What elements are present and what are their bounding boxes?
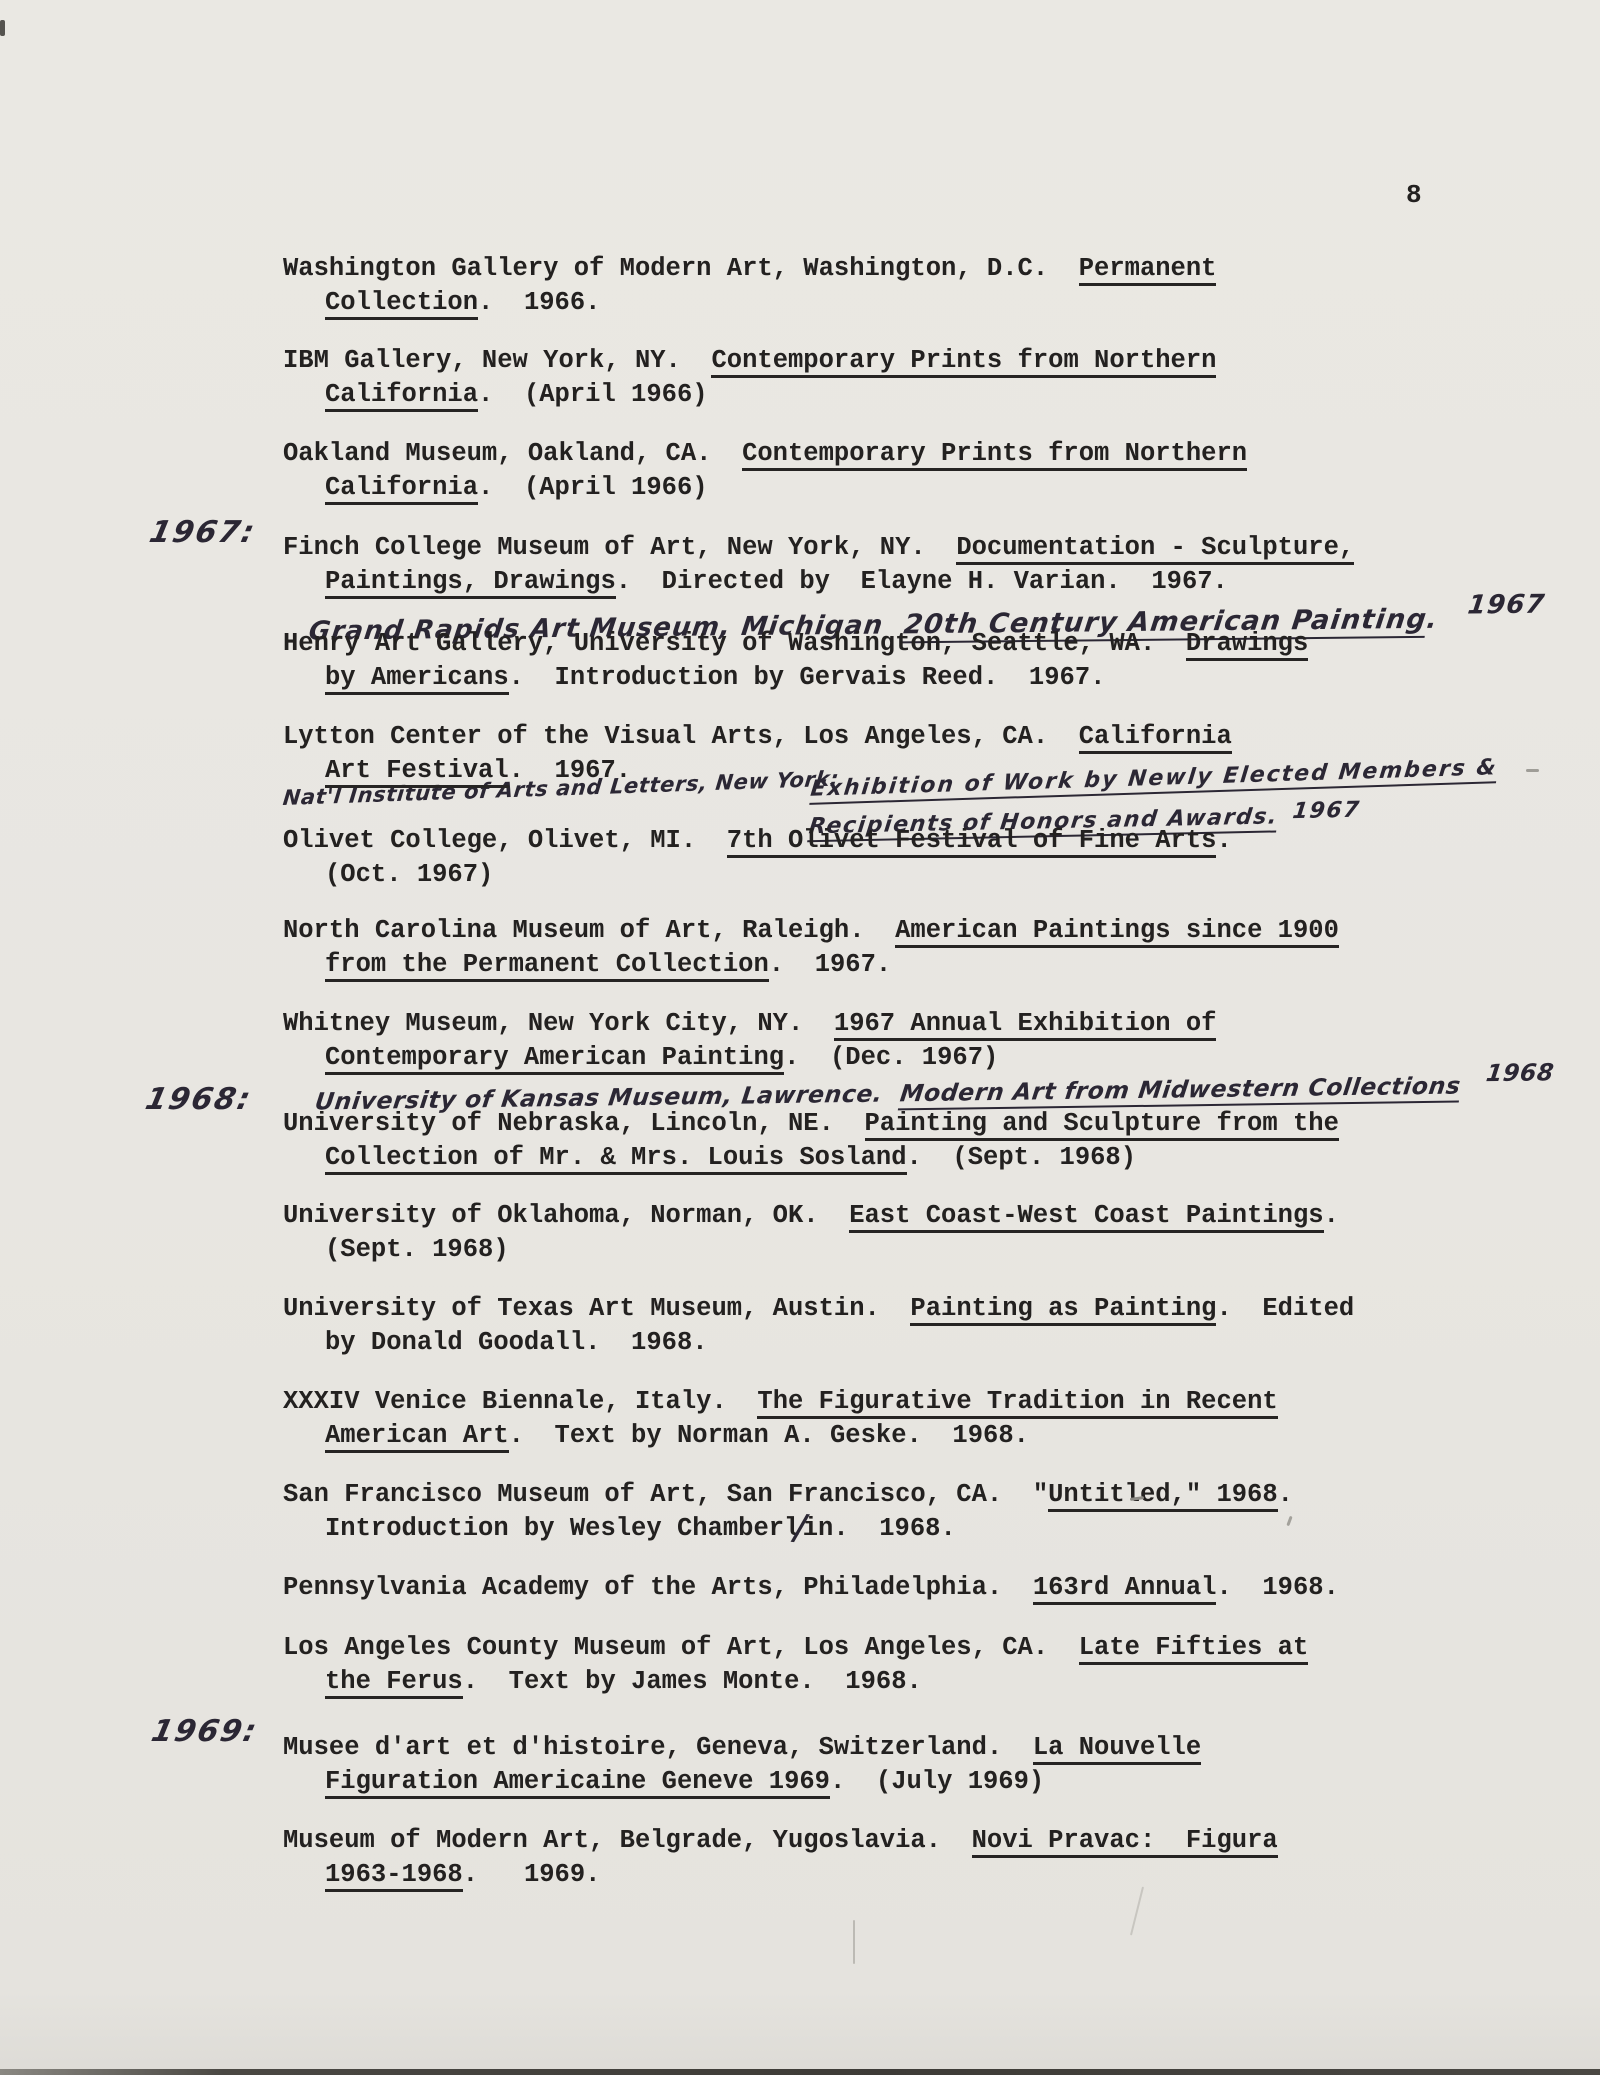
- exhibition-title: 1963-1968: [325, 1860, 463, 1892]
- exhibition-title: from the Permanent Collection: [325, 950, 769, 982]
- exhibition-title: Drawings: [1186, 629, 1308, 661]
- venue-text: Finch College Museum of Art, New York, N…: [283, 533, 956, 562]
- entry-text: . (Dec. 1967): [784, 1043, 998, 1072]
- entry-university-of-nebraska: University of Nebraska, Lincoln, NE. Pai…: [283, 1107, 1339, 1174]
- venue-text: Los Angeles County Museum of Art, Los An…: [283, 1633, 1079, 1662]
- exhibition-title: Documentation - Sculpture,: [956, 533, 1354, 565]
- venue-text: Museum of Modern Art, Belgrade, Yugoslav…: [283, 1826, 972, 1855]
- venue-text: Pennsylvania Academy of the Arts, Philad…: [283, 1573, 1033, 1602]
- entry-henry-art-gallery: Henry Art Gallery, University of Washing…: [283, 627, 1308, 694]
- venue-text: IBM Gallery, New York, NY.: [283, 346, 711, 375]
- exhibition-title: 1967 Annual Exhibition of: [834, 1009, 1217, 1041]
- venue-text: University of Nebraska, Lincoln, NE.: [283, 1109, 865, 1138]
- entry-text: (Oct. 1967): [325, 860, 493, 889]
- entry-text: .: [1216, 826, 1231, 855]
- venue-text: North Carolina Museum of Art, Raleigh.: [283, 916, 895, 945]
- handwritten-year-1969: 1969:: [148, 1714, 261, 1749]
- entry-text: . Introduction by Gervais Reed. 1967.: [509, 663, 1106, 692]
- scan-crease: [853, 1920, 855, 1964]
- entry-text: . Text by Norman A. Geske. 1968.: [509, 1421, 1029, 1450]
- entry-finch-college: Finch College Museum of Art, New York, N…: [283, 531, 1354, 598]
- entry-whitney-museum: Whitney Museum, New York City, NY. 1967 …: [283, 1007, 1216, 1074]
- entry-text: .: [1324, 1201, 1339, 1230]
- venue-text: Musee d'art et d'histoire, Geneva, Switz…: [283, 1733, 1033, 1762]
- entry-la-county-museum: Los Angeles County Museum of Art, Los An…: [283, 1631, 1308, 1698]
- scan-scratch: [1130, 1887, 1144, 1936]
- entry-ibm-gallery: IBM Gallery, New York, NY. Contemporary …: [283, 344, 1216, 411]
- entry-text: . Directed by Elayne H. Varian. 1967.: [616, 567, 1228, 596]
- handwritten-year-1967: 1967:: [146, 515, 259, 550]
- entry-text: . 1966.: [478, 288, 600, 317]
- entry-text: . (April 1966): [478, 473, 708, 502]
- exhibition-title: Untitled," 1968: [1048, 1480, 1278, 1512]
- entry-text: . (April 1966): [478, 380, 708, 409]
- entry-university-of-oklahoma: University of Oklahoma, Norman, OK. East…: [283, 1199, 1339, 1266]
- entry-text: . 1969.: [463, 1860, 601, 1889]
- scan-bottom-edge: [0, 2069, 1600, 2075]
- venue-text: Henry Art Gallery, University of Washing…: [283, 629, 1186, 658]
- entry-text: . Text by James Monte. 1968.: [463, 1667, 922, 1696]
- exhibition-title: California: [325, 473, 478, 505]
- handwritten-exhibition-title: Modern Art from Midwestern Collections: [898, 1071, 1462, 1110]
- exhibition-title: Novi Pravac: Figura: [972, 1826, 1278, 1858]
- entry-north-carolina-museum: North Carolina Museum of Art, Raleigh. A…: [283, 914, 1339, 981]
- venue-text: San Francisco Museum of Art, San Francis…: [283, 1480, 1048, 1509]
- exhibition-title: 163rd Annual: [1033, 1573, 1217, 1605]
- exhibition-title: Figuration Americaine Geneve 1969: [325, 1767, 830, 1799]
- venue-text: Whitney Museum, New York City, NY.: [283, 1009, 834, 1038]
- entry-san-francisco-museum: San Francisco Museum of Art, San Francis…: [283, 1478, 1293, 1545]
- venue-text: Lytton Center of the Visual Arts, Los An…: [283, 722, 1079, 751]
- exhibition-title: The Figurative Tradition in Recent: [757, 1387, 1277, 1419]
- entry-olivet-college: Olivet College, Olivet, MI. 7th Olivet F…: [283, 824, 1232, 891]
- exhibition-title: Painting as Painting: [910, 1294, 1216, 1326]
- exhibition-title: American Art: [325, 1421, 509, 1453]
- scan-speck: [1526, 769, 1539, 772]
- venue-text: Olivet College, Olivet, MI.: [283, 826, 727, 855]
- entry-washington-gallery: Washington Gallery of Modern Art, Washin…: [283, 252, 1216, 319]
- entry-text: . 1967.: [769, 950, 891, 979]
- exhibition-title: California: [1079, 722, 1232, 754]
- entry-pennsylvania-academy: Pennsylvania Academy of the Arts, Philad…: [283, 1571, 1339, 1605]
- entry-text: . (July 1969): [830, 1767, 1044, 1796]
- exhibition-title: American Paintings since 1900: [895, 916, 1339, 948]
- handwritten-year-1968: 1968:: [142, 1082, 255, 1117]
- document-page: 8 1967: 1968: 1969: Grand Rapids Art Mus…: [0, 0, 1600, 2075]
- exhibition-title: Painting and Sculpture from the: [865, 1109, 1339, 1141]
- entry-text: Introduction by Wesley Chamberl: [325, 1514, 799, 1543]
- entry-text: by Donald Goodall. 1968.: [325, 1328, 708, 1357]
- entry-text: . (Sept. 1968): [907, 1143, 1137, 1172]
- scan-speck: [0, 20, 5, 36]
- venue-text: Oakland Museum, Oakland, CA.: [283, 439, 742, 468]
- entry-text: .: [1278, 1480, 1293, 1509]
- entry-text: . 1968.: [1216, 1573, 1338, 1602]
- exhibition-title: Late Fifties at: [1079, 1633, 1309, 1665]
- venue-text: University of Texas Art Museum, Austin.: [283, 1294, 910, 1323]
- handwritten-year: 1967: [1466, 590, 1547, 621]
- venue-text: Washington Gallery of Modern Art, Washin…: [283, 254, 1079, 283]
- entry-text: in. 1968.: [803, 1514, 956, 1543]
- exhibition-title: Collection: [325, 288, 478, 320]
- exhibition-title: 7th Olivet Festival of Fine Arts: [727, 826, 1217, 858]
- exhibition-title: Art Festival: [325, 756, 509, 788]
- handwritten-year: 1967: [1291, 798, 1362, 824]
- exhibition-title: California: [325, 380, 478, 412]
- entry-text: . 1967.: [509, 756, 631, 785]
- venue-text: University of Oklahoma, Norman, OK.: [283, 1201, 849, 1230]
- exhibition-title: Collection of Mr. & Mrs. Louis Sosland: [325, 1143, 907, 1175]
- exhibition-title: Permanent: [1079, 254, 1217, 286]
- handwritten-year: 1968: [1484, 1058, 1555, 1087]
- entry-text: . Edited: [1216, 1294, 1354, 1323]
- entry-musee-geneva: Musee d'art et d'histoire, Geneva, Switz…: [283, 1731, 1201, 1798]
- entry-lytton-center: Lytton Center of the Visual Arts, Los An…: [283, 720, 1232, 787]
- exhibition-title: Paintings, Drawings: [325, 567, 616, 599]
- exhibition-title: Contemporary Prints from Northern: [742, 439, 1247, 471]
- exhibition-title: Contemporary American Painting: [325, 1043, 784, 1075]
- entry-oakland-museum: Oakland Museum, Oakland, CA. Contemporar…: [283, 437, 1247, 504]
- exhibition-title: by Americans: [325, 663, 509, 695]
- exhibition-title: La Nouvelle: [1033, 1733, 1201, 1765]
- exhibition-title: Contemporary Prints from Northern: [711, 346, 1216, 378]
- entry-venice-biennale: XXXIV Venice Biennale, Italy. The Figura…: [283, 1385, 1278, 1452]
- page-number: 8: [1406, 180, 1422, 210]
- venue-text: XXXIV Venice Biennale, Italy.: [283, 1387, 757, 1416]
- handwritten-text: .: [1425, 605, 1440, 635]
- entry-text: (Sept. 1968): [325, 1235, 509, 1264]
- exhibition-title: East Coast-West Coast Paintings: [849, 1201, 1323, 1233]
- exhibition-title: the Ferus: [325, 1667, 463, 1699]
- entry-moma-belgrade: Museum of Modern Art, Belgrade, Yugoslav…: [283, 1824, 1278, 1891]
- entry-university-of-texas: University of Texas Art Museum, Austin. …: [283, 1292, 1354, 1359]
